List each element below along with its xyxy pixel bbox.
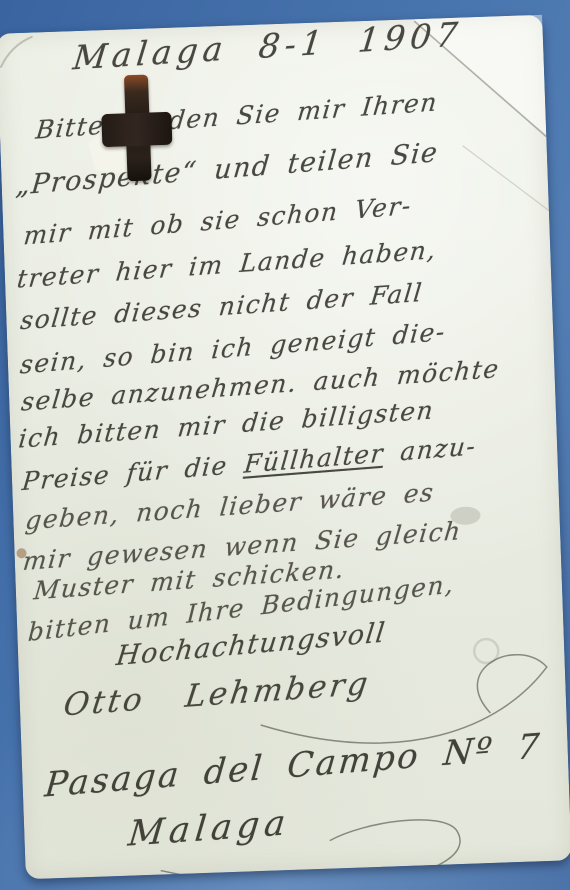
faint-ring-mark bbox=[474, 639, 499, 664]
price-line-pre: Preise für die bbox=[21, 451, 229, 496]
underlined-word: Füllhalter bbox=[243, 438, 386, 478]
postcard: Malaga 8-1 1907 Bitte senden Sie mir Ihr… bbox=[0, 15, 570, 880]
address-city: Malaga bbox=[126, 803, 292, 855]
signature: Otto Lehmberg bbox=[61, 666, 372, 724]
secondary-crease-line bbox=[463, 143, 549, 214]
remnant-cross-bar bbox=[101, 112, 172, 147]
dateline: Malaga 8-1 1907 bbox=[71, 14, 464, 77]
scanner-background: Malaga 8-1 1907 Bitte senden Sie mir Ihr… bbox=[0, 0, 570, 890]
address-street: Pasaga del Campo Nº 7 bbox=[43, 726, 543, 806]
price-line-post: anzu- bbox=[399, 431, 478, 466]
handwriting-line: „Prospekte“ und teilen Sie bbox=[14, 137, 440, 202]
corner-bend-line bbox=[0, 37, 34, 68]
cross-shaped-remnant bbox=[86, 73, 187, 212]
